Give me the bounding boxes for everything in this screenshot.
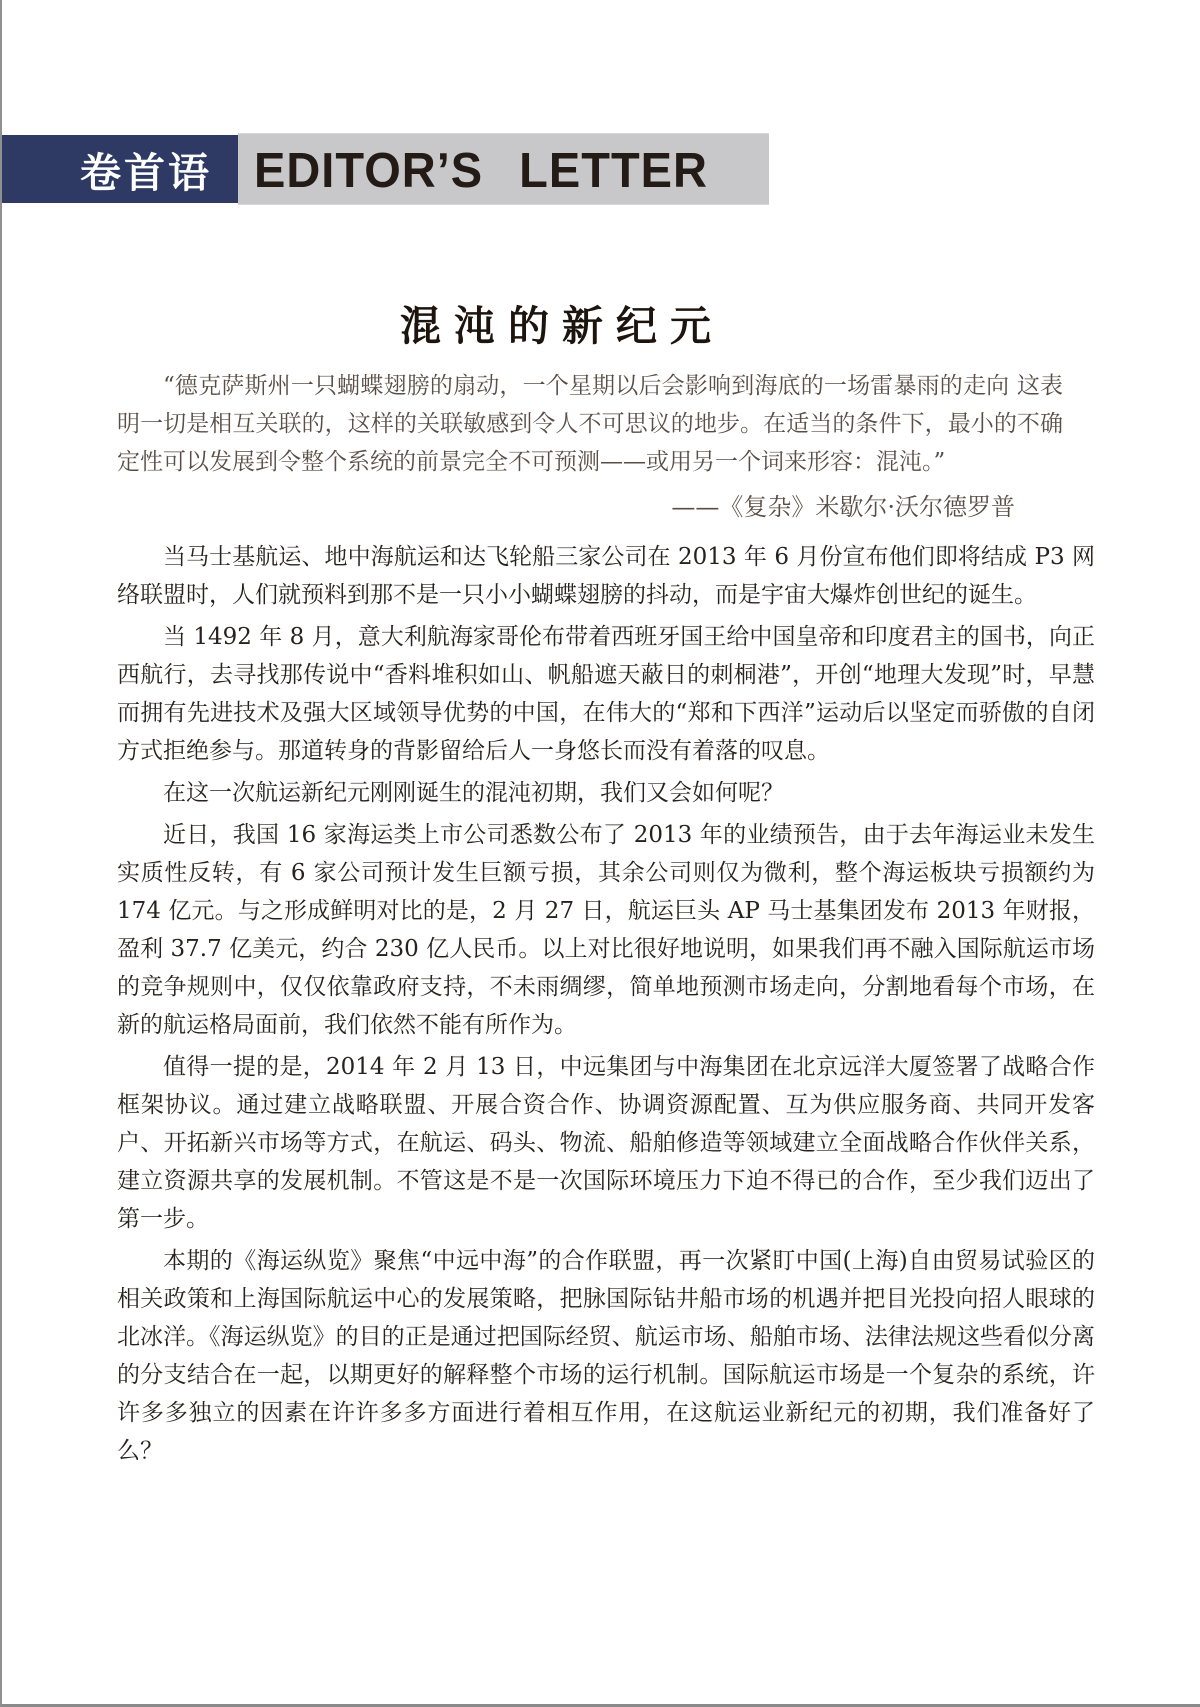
paragraph: 近日，我国 16 家海运类上市公司悉数公布了 2013 年的业绩预告，由于去年海… <box>117 816 1095 1044</box>
paragraph: 在这一次航运新纪元刚刚诞生的混沌初期，我们又会如何呢？ <box>117 774 1095 812</box>
magazine-page: 卷首语 EDITOR’S LETTER 混沌的新纪元 “德克萨斯州一只蝴蝶翅膀的… <box>0 0 1200 1707</box>
paragraph: 值得一提的是，2014 年 2 月 13 日，中远集团与中海集团在北京远洋大厦签… <box>117 1048 1095 1238</box>
paragraph: 当 1492 年 8 月，意大利航海家哥伦布带着西班牙国王给中国皇帝和印度君主的… <box>117 618 1095 770</box>
quote-attribution: ——《复杂》米歇尔·沃尔德罗普 <box>117 487 1095 522</box>
epigraph-quote: “德克萨斯州一只蝴蝶翅膀的扇动，一个星期以后会影响到海底的一场雷暴雨的走向 这表… <box>117 367 1095 481</box>
article-body: “德克萨斯州一只蝴蝶翅膀的扇动，一个星期以后会影响到海底的一场雷暴雨的走向 这表… <box>117 367 1095 1474</box>
section-label-english: EDITOR’S LETTER <box>238 133 769 204</box>
article-title: 混沌的新纪元 <box>2 293 1122 352</box>
section-label-chinese: 卷首语 <box>2 135 238 203</box>
section-header-bar: 卷首语 EDITOR’S LETTER <box>2 135 769 203</box>
paragraph: 当马士基航运、地中海航运和达飞轮船三家公司在 2013 年 6 月份宣布他们即将… <box>117 538 1095 614</box>
paragraph: 本期的《海运纵览》聚焦“中远中海”的合作联盟，再一次紧盯中国(上海)自由贸易试验… <box>117 1242 1095 1470</box>
